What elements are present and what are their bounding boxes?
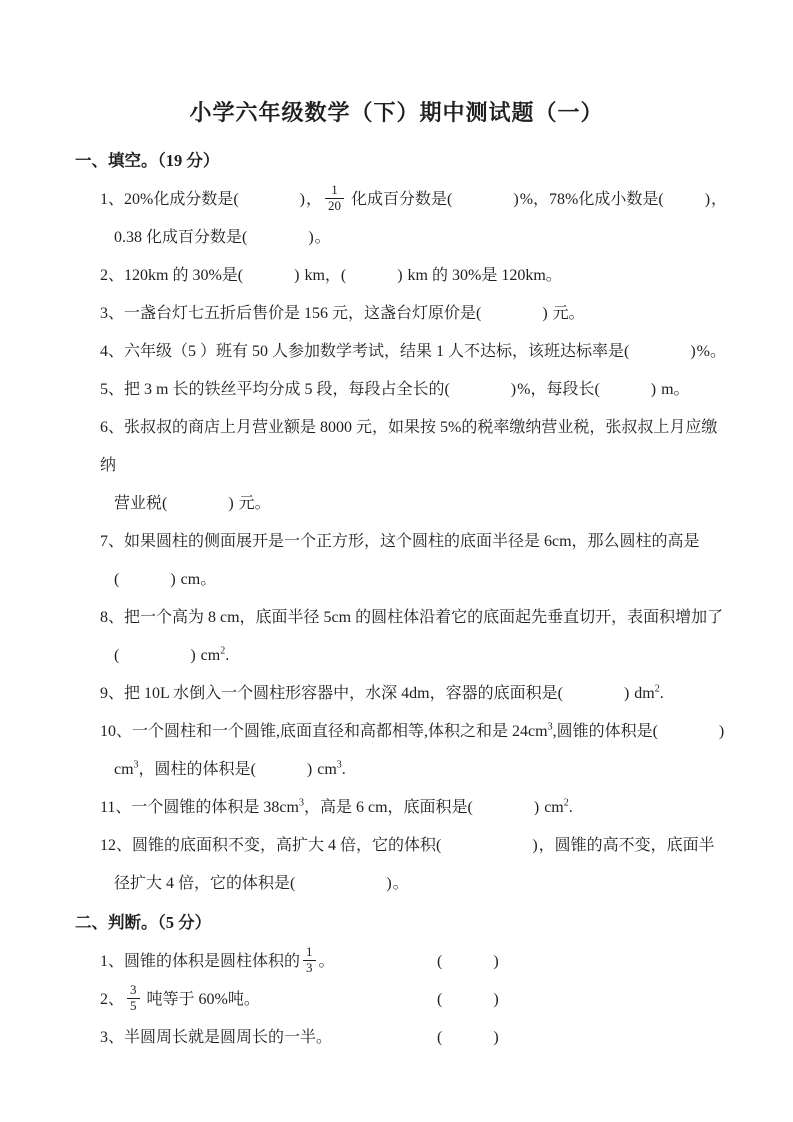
question-line: 营业税( ) 元。	[100, 485, 729, 523]
fraction-numerator: 3	[127, 983, 140, 999]
text-run: 11、一个圆锥的体积是 38cm	[100, 799, 299, 816]
question-line: 5、把 3 m 长的铁丝平均分成 5 段，每段占全长的( )%，每段长( ) m…	[100, 371, 729, 409]
text-run: %，78%化成小数是	[520, 191, 659, 208]
question-line: 7、如果圆柱的侧面展开是一个正方形，这个圆柱的底面半径是 6cm，那么圆柱的高是	[100, 523, 729, 561]
answer-blank: ( )	[251, 761, 314, 778]
test-paper-page: 小学六年级数学（下）期中测试题（一） 一、填空。（19 分）1、20%化成分数是…	[0, 0, 793, 1122]
text-run: 9、把 10L 水倒入一个圆柱形容器中，水深 4dm，容器的底面积是	[100, 685, 558, 702]
page-title: 小学六年级数学（下）期中测试题（一）	[0, 0, 793, 129]
text-run: .	[660, 685, 664, 702]
text-run: 。	[319, 953, 335, 970]
answer-blank: ( )	[653, 723, 726, 740]
text-run: 1、圆锥的体积是圆柱体积的	[100, 953, 300, 970]
sections: 一、填空。（19 分）1、20%化成分数是( )，120 化成百分数是( )%，…	[0, 129, 793, 1057]
section-1: 一、填空。（19 分）1、20%化成分数是( )，120 化成百分数是( )%，…	[75, 141, 729, 903]
question-line: 6、张叔叔的商店上月营业额是 8000 元，如果按 5%的税率缴纳营业税，张叔叔…	[100, 409, 729, 485]
section-heading: 一、填空。（19 分）	[75, 141, 729, 181]
question: 12、圆锥的底面积不变，高扩大 4 倍，它的体积( )，圆锥的高不变，底面半径扩…	[75, 827, 729, 903]
text-run: 2、120km 的 30%是	[100, 267, 238, 284]
fraction-numerator: 1	[303, 945, 316, 961]
fraction-denominator: 20	[325, 199, 344, 214]
answer-blank: ( )	[290, 875, 393, 892]
text-run: .	[225, 647, 229, 664]
question: 7、如果圆柱的侧面展开是一个正方形，这个圆柱的底面半径是 6cm，那么圆柱的高是…	[75, 523, 729, 599]
text-run: 。	[393, 875, 409, 892]
text-run: ，圆柱的体积是	[139, 761, 251, 778]
answer-blank: ( )	[233, 191, 306, 208]
text-run: 元。	[549, 305, 585, 322]
text-run: ，圆锥的高不变，底面半	[539, 837, 715, 854]
text-run: 元。	[235, 495, 271, 512]
text-run: ,圆锥的体积是	[553, 723, 653, 740]
text-run: 3、半圆周长就是圆周长的一半。	[100, 1029, 332, 1046]
text-run: 7、如果圆柱的侧面展开是一个正方形，这个圆柱的底面半径是 6cm，那么圆柱的高是	[100, 533, 700, 550]
text-run: %。	[697, 343, 726, 360]
text-run: dm	[630, 685, 654, 702]
question-line: 径扩大 4 倍，它的体积是( )。	[100, 865, 729, 903]
question-line: 4、六年级（5 ）班有 50 人参加数学考试，结果 1 人不达标，该班达标率是(…	[100, 333, 729, 371]
text-run: 吨等于 60%吨。	[143, 991, 260, 1008]
text-run: 径扩大 4 倍，它的体积是	[114, 875, 290, 892]
question-line: 3、半圆周长就是圆周长的一半。	[100, 1019, 729, 1057]
question-line: ( ) cm。	[100, 561, 729, 599]
question: 1、圆锥的体积是圆柱体积的13。( )	[75, 943, 729, 981]
question-line: 1、圆锥的体积是圆柱体积的13。	[100, 943, 729, 981]
text-run: 10、一个圆柱和一个圆锥,底面直径和高都相等,体积之和是 24cm	[100, 723, 548, 740]
question: 1、20%化成分数是( )，120 化成百分数是( )%，78%化成小数是( )…	[75, 181, 729, 257]
question: 8、把一个高为 8 cm，底面半径 5cm 的圆柱体沿着它的底面起先垂直切开，表…	[75, 599, 729, 675]
text-run: 5、把 3 m 长的铁丝平均分成 5 段，每段占全长的	[100, 381, 444, 398]
text-run: ，	[711, 191, 727, 208]
question-line: 12、圆锥的底面积不变，高扩大 4 倍，它的体积( )，圆锥的高不变，底面半	[100, 827, 729, 865]
fraction-denominator: 5	[127, 999, 140, 1014]
answer-blank: ( )	[447, 191, 520, 208]
answer-blank: ( )	[658, 191, 711, 208]
text-run: 。	[315, 229, 331, 246]
text-run: .	[569, 799, 573, 816]
text-run: 0.38 化成百分数是	[114, 229, 242, 246]
question: 2、35 吨等于 60%吨。( )	[75, 981, 729, 1019]
fraction: 120	[325, 183, 344, 214]
question-line: 8、把一个高为 8 cm，底面半径 5cm 的圆柱体沿着它的底面起先垂直切开，表…	[100, 599, 729, 637]
text-run: km 的 30%是 120km。	[404, 267, 562, 284]
text-run: m。	[657, 381, 689, 398]
text-run: km，	[300, 267, 340, 284]
question-line: 2、120km 的 30%是( ) km，( ) km 的 30%是 120km…	[100, 257, 729, 295]
text-run: cm。	[177, 571, 217, 588]
text-run: 8、把一个高为 8 cm，底面半径 5cm 的圆柱体沿着它的底面起先垂直切开，表…	[100, 609, 723, 626]
question-line: 0.38 化成百分数是( )。	[100, 219, 729, 257]
answer-blank: ( )	[624, 343, 697, 360]
question: 6、张叔叔的商店上月营业额是 8000 元，如果按 5%的税率缴纳营业税，张叔叔…	[75, 409, 729, 523]
answer-blank: ( )	[162, 495, 235, 512]
fraction: 35	[127, 983, 140, 1014]
question-line: cm3，圆柱的体积是( ) cm3.	[100, 751, 729, 789]
answer-blank: ( )	[476, 305, 549, 322]
question: 4、六年级（5 ）班有 50 人参加数学考试，结果 1 人不达标，该班达标率是(…	[75, 333, 729, 371]
text-run: cm	[114, 761, 134, 778]
text-run: cm	[313, 761, 337, 778]
text-run: 营业税	[114, 495, 162, 512]
question-line: 10、一个圆柱和一个圆锥,底面直径和高都相等,体积之和是 24cm3,圆锥的体积…	[100, 713, 729, 751]
section-heading: 二、判断。（5 分）	[75, 903, 729, 943]
text-run: %，每段长	[517, 381, 594, 398]
judgment-answer-blank: ( )	[437, 1019, 500, 1057]
text-run: ，	[306, 191, 322, 208]
question: 9、把 10L 水倒入一个圆柱形容器中，水深 4dm，容器的底面积是( ) dm…	[75, 675, 729, 713]
fraction-numerator: 1	[325, 183, 344, 199]
text-run: 6、张叔叔的商店上月营业额是 8000 元，如果按 5%的税率缴纳营业税，张叔叔…	[100, 419, 717, 474]
answer-blank: ( )	[242, 229, 315, 246]
text-run: 3、一盏台灯七五折后售价是 156 元，这盏台灯原价是	[100, 305, 476, 322]
question: 2、120km 的 30%是( ) km，( ) km 的 30%是 120km…	[75, 257, 729, 295]
question-line: 11、一个圆锥的体积是 38cm3，高是 6 cm，底面积是( ) cm2.	[100, 789, 729, 827]
answer-blank: ( )	[114, 571, 177, 588]
question-line: 3、一盏台灯七五折后售价是 156 元，这盏台灯原价是( ) 元。	[100, 295, 729, 333]
fraction: 13	[303, 945, 316, 976]
text-run: 化成百分数是	[347, 191, 447, 208]
question-line: ( ) cm2.	[100, 637, 729, 675]
text-run: 1、20%化成分数是	[100, 191, 233, 208]
section-2: 二、判断。（5 分）1、圆锥的体积是圆柱体积的13。( )2、35 吨等于 60…	[75, 903, 729, 1057]
answer-blank: ( )	[468, 799, 541, 816]
text-run: ，高是 6 cm，底面积是	[304, 799, 468, 816]
fraction-denominator: 3	[303, 961, 316, 976]
question: 11、一个圆锥的体积是 38cm3，高是 6 cm，底面积是( ) cm2.	[75, 789, 729, 827]
answer-blank: ( )	[558, 685, 631, 702]
answer-blank: ( )	[594, 381, 657, 398]
answer-blank: ( )	[238, 267, 301, 284]
answer-blank: ( )	[341, 267, 404, 284]
text-run: .	[342, 761, 346, 778]
answer-blank: ( )	[444, 381, 517, 398]
question: 3、半圆周长就是圆周长的一半。( )	[75, 1019, 729, 1057]
text-run: 12、圆锥的底面积不变，高扩大 4 倍，它的体积	[100, 837, 436, 854]
text-run: 4、六年级（5 ）班有 50 人参加数学考试，结果 1 人不达标，该班达标率是	[100, 343, 624, 360]
answer-blank: ( )	[114, 647, 197, 664]
question: 5、把 3 m 长的铁丝平均分成 5 段，每段占全长的( )%，每段长( ) m…	[75, 371, 729, 409]
text-run: cm	[197, 647, 221, 664]
answer-blank: ( )	[436, 837, 539, 854]
question-line: 9、把 10L 水倒入一个圆柱形容器中，水深 4dm，容器的底面积是( ) dm…	[100, 675, 729, 713]
question: 10、一个圆柱和一个圆锥,底面直径和高都相等,体积之和是 24cm3,圆锥的体积…	[75, 713, 729, 789]
question: 3、一盏台灯七五折后售价是 156 元，这盏台灯原价是( ) 元。	[75, 295, 729, 333]
judgment-answer-blank: ( )	[437, 943, 500, 981]
judgment-answer-blank: ( )	[437, 981, 500, 1019]
question-line: 1、20%化成分数是( )，120 化成百分数是( )%，78%化成小数是( )…	[100, 181, 729, 219]
text-run: 2、	[100, 991, 124, 1008]
question-line: 2、35 吨等于 60%吨。	[100, 981, 729, 1019]
text-run: cm	[540, 799, 564, 816]
